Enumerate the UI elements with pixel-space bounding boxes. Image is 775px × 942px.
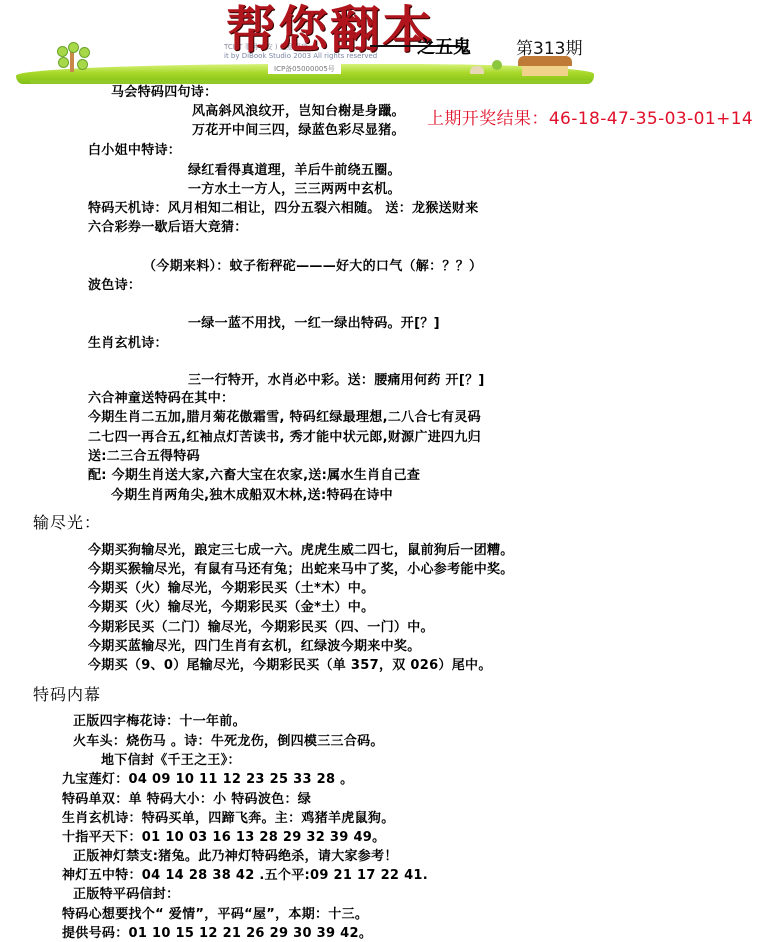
bose-poem-line: 一绿一蓝不用找，一红一绿出特码。开[？] [188, 315, 440, 333]
last-result: 上期开奖结果：46-18-47-35-03-01+14 [427, 104, 753, 129]
issue-number: 第313期 [516, 34, 582, 59]
riddle-title: 六合彩券一歇后语大竞猜： [88, 219, 248, 237]
shentong-line: 配: 今期生肖送大家,六畜大宝在农家,送:属水生肖自己查 [88, 467, 420, 485]
shujinguang-line: 今期彩民买（二门）输尽光，今期彩民买（四、一门）中。 [88, 619, 434, 637]
last-result-label: 上期开奖结果： [427, 109, 549, 129]
shengxiao-poem-line: 三一行特开，水肖必中彩。送：腰痛用何药 开[？] [188, 372, 485, 390]
temaneimu-line: 正版四字梅花诗：十一年前。 [73, 713, 246, 731]
page-title: 帮您翻本 [226, 2, 434, 58]
page-subtitle: 之五鬼 [417, 33, 471, 59]
shentong-line: 送:二三合五得特码 [88, 448, 200, 466]
tree-icon [55, 42, 89, 72]
mahui-poem-title: 马会特码四句诗： [111, 84, 217, 102]
bai-poem-title: 白小姐中特诗： [88, 142, 181, 160]
temaneimu-line: 神灯五中特：04 14 28 38 42 .五个平:09 21 17 22 41… [62, 867, 428, 885]
temaneimu-line: 火车头：烧伤马 。诗：牛死龙伤，倒四模三三合码。 [73, 733, 384, 751]
last-result-numbers: 46-18-47-35-03-01+14 [549, 109, 753, 129]
banner-faint-text-3: ICP备05000005号 [268, 64, 341, 74]
house-icon [510, 56, 580, 76]
temaneimu-line: 地下信封《千王之王》： [101, 752, 241, 770]
shentong-line: 二七四一再合五,红袖点灯苦读书, 秀才能中状元郎,财源广进四九归 [88, 429, 481, 447]
bai-poem-line: 一方水土一方人，三三两两中玄机。 [188, 181, 401, 199]
temaneimu-line: 正版神灯禁支:猪兔。此乃神灯特码绝杀，请大家参考！ [73, 848, 398, 866]
shujinguang-line: 今期买（9、0）尾输尽光，今期彩民买（单 357，双 026）尾中。 [88, 657, 492, 675]
temaneimu-line: 十指平天下：01 10 03 16 13 28 29 32 39 49。 [62, 829, 385, 847]
shujinguang-title: 输尽光： [33, 513, 101, 533]
shujinguang-line: 今期买（火）输尽光，今期彩民买（土*木）中。 [88, 580, 374, 598]
temaneimu-line: 提供号码：01 10 15 12 21 26 29 30 39 42。 [62, 925, 372, 942]
shujinguang-line: 今期买狗输尽光，踉定三七成一六。虎虎生威二四七，鼠前狗后一团糟。 [88, 542, 514, 560]
bai-poem-line: 绿红看得真道理，羊后牛前绕五圈。 [188, 162, 401, 180]
riddle-text: （今期来料）：蚊子衔秤砣———好大的口气（解：？？） [143, 258, 482, 276]
shujinguang-line: 今期买蓝输尽光，四门生肖有玄机，红绿波今期来中奖。 [88, 638, 421, 656]
mahui-poem-line: 万花开中间三四，绿蓝色彩尽显猪。 [192, 122, 405, 140]
shentong-line: 今期生肖两角尖,独木成船双木林,送:特码在诗中 [111, 487, 393, 505]
shujinguang-line: 今期买（火）输尽光，今期彩民买（金*土）中。 [88, 599, 374, 617]
temaneimu-line: 特码心想要找个“ 爱情”，平码“屋”，本期：十三。 [62, 906, 368, 924]
mahui-poem-line: 风高斜风浪纹开，岂知台榭是身躐。 [192, 103, 405, 121]
temaneimu-line: 特码单双：单 特码大小：小 特码波色：绿 [62, 791, 311, 809]
shentong-title: 六合神童送特码在其中： [88, 390, 234, 408]
temaneimu-line: 九宝莲灯：04 09 10 11 12 23 25 33 28 。 [62, 771, 353, 789]
temaneimu-line: 正版特平码信封： [73, 886, 179, 904]
temaneimu-title: 特码内幕 [33, 685, 101, 705]
temaneimu-line: 生肖玄机诗：特码买单，四蹄飞奔。主：鸡猪羊虎鼠狗。 [62, 810, 395, 828]
shentong-line: 今期生肖二五加,腊月菊花傲霜雪, 特码红绿最理想,二八合七有灵码 [88, 409, 481, 427]
tianji-poem: 特码天机诗：风月相知二相让，四分五裂六相随。 送：龙猴送财来 [88, 200, 479, 218]
shujinguang-line: 今期买猴输尽光，有鼠有马还有兔；出蛇来马中了奖，小心参考能中奖。 [88, 561, 514, 579]
shengxiao-poem-title: 生肖玄机诗： [88, 335, 168, 353]
bose-poem-title: 波色诗： [88, 277, 141, 295]
